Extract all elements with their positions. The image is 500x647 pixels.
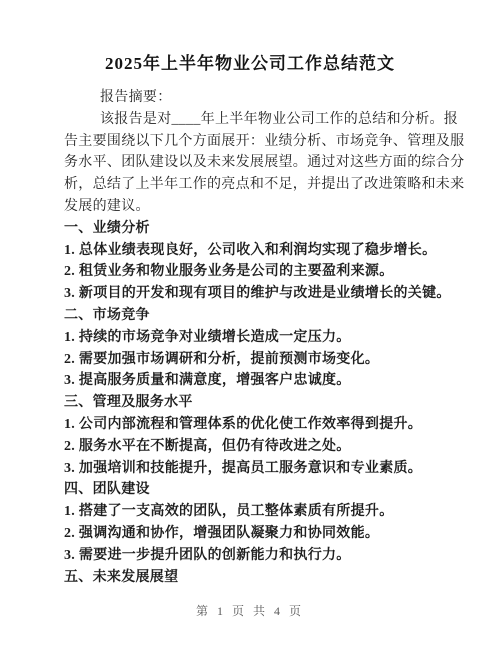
page-number-footer: 第 1 页 共 4 页 [0, 602, 500, 619]
document-title: 2025年上半年物业公司工作总结范文 [0, 0, 500, 77]
document-page: 2025年上半年物业公司工作总结范文 报告摘要： 该报告是对____年上半年物业… [0, 0, 500, 647]
section-heading: 四、团队建设 [64, 479, 468, 501]
list-item: 2. 租赁业务和物业服务业务是公司的主要盈利来源。 [64, 261, 468, 283]
list-item: 1. 公司内部流程和管理体系的优化使工作效率得到提升。 [64, 414, 468, 436]
section-management-service: 三、管理及服务水平 1. 公司内部流程和管理体系的优化使工作效率得到提升。 2.… [64, 392, 468, 479]
list-item: 1. 搭建了一支高效的团队，员工整体素质有所提升。 [64, 501, 468, 523]
abstract-paragraph: 该报告是对____年上半年物业公司工作的总结和分析。报告主要围绕以下几个方面展开… [64, 109, 468, 218]
list-item: 2. 强调沟通和协作，增强团队凝聚力和协同效能。 [64, 523, 468, 545]
section-heading: 三、管理及服务水平 [64, 392, 468, 414]
section-heading: 一、业绩分析 [64, 218, 468, 240]
section-heading: 二、市场竞争 [64, 305, 468, 327]
section-market-competition: 二、市场竞争 1. 持续的市场竞争对业绩增长造成一定压力。 2. 需要加强市场调… [64, 305, 468, 392]
document-body: 报告摘要： 该报告是对____年上半年物业公司工作的总结和分析。报告主要围绕以下… [64, 87, 468, 588]
list-item: 1. 总体业绩表现良好，公司收入和利润均实现了稳步增长。 [64, 240, 468, 262]
list-item: 3. 新项目的开发和现有项目的维护与改进是业绩增长的关键。 [64, 283, 468, 305]
list-item: 2. 需要加强市场调研和分析，提前预测市场变化。 [64, 349, 468, 371]
list-item: 1. 持续的市场竞争对业绩增长造成一定压力。 [64, 327, 468, 349]
abstract-label: 报告摘要： [64, 87, 468, 109]
section-team-building: 四、团队建设 1. 搭建了一支高效的团队，员工整体素质有所提升。 2. 强调沟通… [64, 479, 468, 566]
section-performance: 一、业绩分析 1. 总体业绩表现良好，公司收入和利润均实现了稳步增长。 2. 租… [64, 218, 468, 305]
list-item: 2. 服务水平在不断提高，但仍有待改进之处。 [64, 436, 468, 458]
section-heading: 五、未来发展展望 [64, 567, 468, 589]
list-item: 3. 提高服务质量和满意度，增强客户忠诚度。 [64, 370, 468, 392]
section-future-outlook: 五、未来发展展望 [64, 567, 468, 589]
list-item: 3. 需要进一步提升团队的创新能力和执行力。 [64, 545, 468, 567]
list-item: 3. 加强培训和技能提升，提高员工服务意识和专业素质。 [64, 458, 468, 480]
